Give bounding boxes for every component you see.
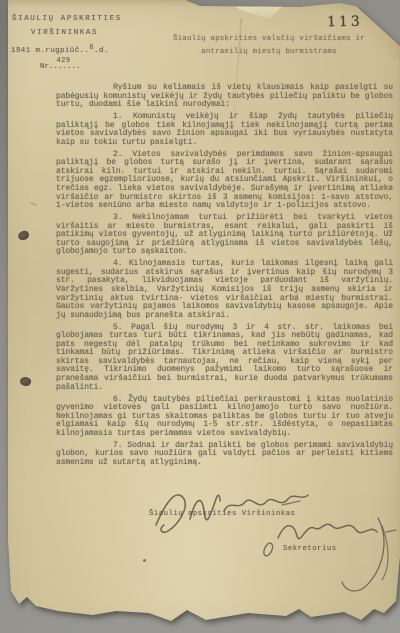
hole-punch-mark xyxy=(17,230,30,242)
body-paragraph-3: 3. Nekilnojamam turtui prižiūrėti bei tv… xyxy=(56,214,393,257)
paper-sheet: ŠIAULIŲ APSKRITIES VIRŠININKAS 1941 m.ru… xyxy=(0,0,400,633)
addressee-block: Šiaulių apskrities valsčių viršaičiams i… xyxy=(160,33,378,58)
reference-number-stack: 429...... xyxy=(54,63,81,71)
date-line: 1941 m.rugpiūč..6.d. xyxy=(11,47,109,55)
reference-number-value: 429 xyxy=(57,57,71,65)
date-day: 6 xyxy=(89,44,94,52)
body-paragraph-1: 1. Komunistų veikėjų ir šiap žydų tautyb… xyxy=(56,113,393,147)
addressee-line2: antraeilių miestų burmistrams xyxy=(160,46,378,59)
paper-shadow: ŠIAULIŲ APSKRITIES VIRŠININKAS 1941 m.ru… xyxy=(0,0,400,633)
date-prefix: 1941 m.rugpiūč.. xyxy=(11,47,89,55)
intro-paragraph: Ryšium su keliamais iš vietų klausimais … xyxy=(56,84,393,110)
addressee-line1: Šiaulių apskrities valsčių viršaičiams i… xyxy=(160,33,378,46)
red-pencil-mark xyxy=(30,202,37,206)
body-paragraph-6: 6. Žydų tautybės piliečiai perkraustomi … xyxy=(56,396,393,439)
body-paragraph-5: 5. Pagal šių nurodymų 3 ir 4 str. str. l… xyxy=(56,324,393,392)
reference-number-line: Nr.429...... xyxy=(40,63,81,71)
reference-number-label: Nr. xyxy=(40,63,54,71)
body-paragraph-2: 2. Vietos savivaldybės perimdamos savo ž… xyxy=(56,151,393,211)
letterhead-office-line1: ŠIAULIŲ APSKRITIES xyxy=(12,15,122,23)
ink-speck xyxy=(143,559,146,562)
letterhead-office-line2: VIRŠININKAS xyxy=(31,29,98,37)
document-scan: ŠIAULIŲ APSKRITIES VIRŠININKAS 1941 m.ru… xyxy=(0,0,400,633)
secretary-signature-handwriting xyxy=(250,512,398,607)
archive-page-number-stamp: 113 xyxy=(327,14,363,31)
body-paragraph-7: 7. Sodnai ir daržai palikti be globos pe… xyxy=(56,442,393,468)
document-body: Ryšium su keliamais iš vietų klausimais … xyxy=(56,84,393,471)
hole-punch-mark xyxy=(19,376,31,387)
date-suffix: .d. xyxy=(94,47,109,55)
body-paragraph-4: 4. Kilnojamasis turtas, kuris laikomas i… xyxy=(56,260,393,320)
